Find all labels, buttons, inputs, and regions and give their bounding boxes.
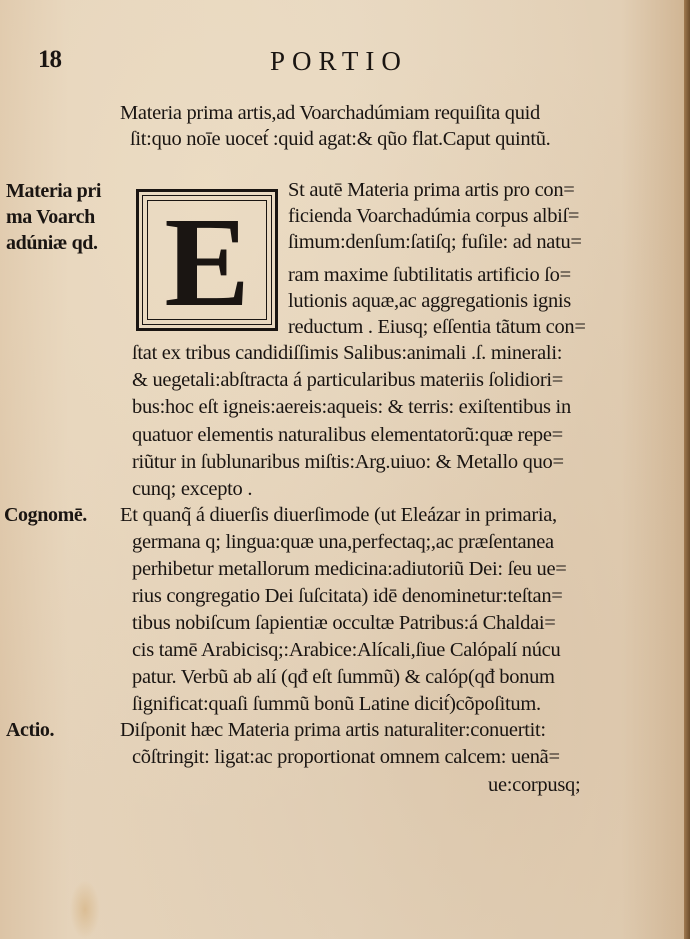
body-line: patur. Verbũ ab alí (qđ eſt ſummũ) & cal…	[132, 664, 555, 690]
chapter-heading-line-1: Materia prima artis,ad Voarchadúmiam req…	[120, 100, 540, 126]
margin-note-actio: Actio.	[6, 717, 54, 743]
body-line: perhibetur metallorum medicina:adiutoriũ…	[132, 556, 567, 582]
body-line: tibus nobiſcum ſapientiæ occultæ Patribu…	[132, 610, 556, 636]
paper-stain	[70, 880, 100, 939]
body-line: ſtat ex tribus candidiſſimis Salibus:ani…	[132, 340, 562, 366]
body-line: St autē Materia prima artis pro con=	[288, 177, 575, 203]
body-line: ſignificat:quaſi ſummũ bonũ Latine dicit…	[132, 691, 541, 717]
book-page: 18 PORTIO Materia prima artis,ad Voarcha…	[0, 0, 690, 939]
body-line: cõſtringit: ligat:ac proportionat omnem …	[132, 744, 560, 770]
body-line: ſimum:denſum:ſatiſq; fuſile: ad natu=	[288, 229, 582, 255]
body-line: bus:hoc eſt igneis:aereis:aqueis: & terr…	[132, 394, 571, 420]
body-line: rius congregatio Dei ſuſcitata) idē deno…	[132, 583, 563, 609]
body-line: cis tamē Arabicisq;:Arabice:Alícali,ſiue…	[132, 637, 560, 663]
running-title: PORTIO	[270, 46, 408, 77]
page-number: 18	[38, 46, 61, 74]
decorated-initial: E	[136, 189, 278, 331]
initial-letter: E	[139, 198, 275, 326]
body-line: Et quanq̃ á diuerſis diuerſimode (ut Ele…	[120, 502, 557, 528]
body-line: & uegetali:abſtracta á particularibus ma…	[132, 367, 563, 393]
body-line: quatuor elementis naturalibus elementato…	[132, 422, 563, 448]
chapter-heading-line-2: ſit:quo noīe uocet́ :quid agat:& qũo fla…	[130, 126, 551, 152]
body-line: germana q; lingua:quæ una,perfectaq;,ac …	[132, 529, 554, 555]
body-line: cunq; excepto .	[132, 476, 252, 502]
margin-note-materia: ma Voarch	[6, 204, 95, 230]
body-line: lutionis aquæ,ac aggregationis ignis	[288, 288, 571, 314]
margin-note-cognome: Cognomē.	[4, 502, 87, 528]
margin-note-materia: Materia pri	[6, 178, 101, 204]
body-line: ficienda Voarchadúmia corpus albiſ=	[288, 203, 579, 229]
body-line: ram maxime ſubtilitatis artificio ſo=	[288, 262, 571, 288]
catchword: ue:corpusq;	[488, 772, 580, 798]
body-line: riũtur in ſublunaribus miſtis:Arg.uiuo: …	[132, 449, 564, 475]
page-edge	[684, 0, 690, 939]
body-line: Diſponit hæc Materia prima artis natural…	[120, 717, 546, 743]
margin-note-materia: adúniæ qd.	[6, 230, 98, 256]
body-line: reductum . Eiusq; eſſentia tãtum con=	[288, 314, 586, 340]
